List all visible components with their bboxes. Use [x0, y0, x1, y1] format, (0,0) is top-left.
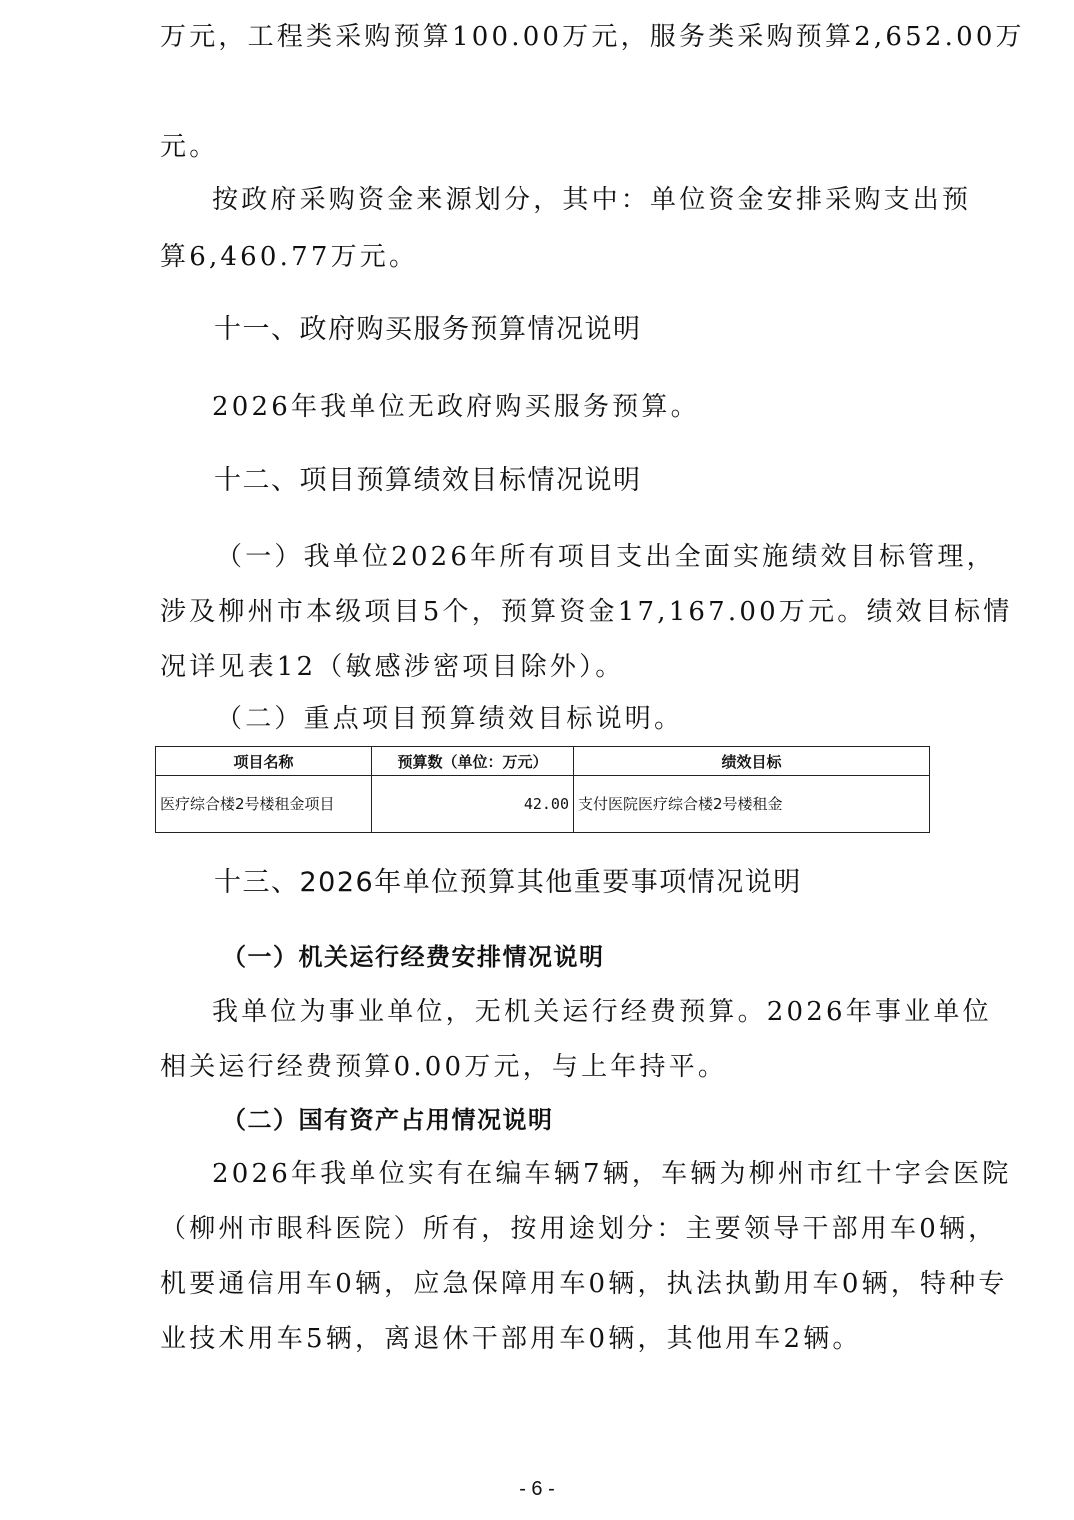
paragraph-line: 按政府采购资金来源划分，其中：单位资金安排采购支出预 — [212, 183, 930, 217]
paragraph-line: 相关运行经费预算0.00万元，与上年持平。 — [160, 1050, 930, 1084]
table-row: 医疗综合楼2号楼租金项目 42.00 支付医院医疗综合楼2号楼租金 — [156, 776, 930, 833]
paragraph-line: 涉及柳州市本级项目5个，预算资金17,167.00万元。绩效目标情 — [160, 595, 930, 629]
performance-goal-table: 项目名称 预算数（单位：万元） 绩效目标 医疗综合楼2号楼租金项目 42.00 … — [155, 746, 930, 833]
paragraph-line: 况详见表12（敏感涉密项目除外）。 — [160, 650, 930, 684]
page-number: - 6 - — [0, 1478, 1074, 1501]
paragraph-line: 机要通信用车0辆，应急保障用车0辆，执法执勤用车0辆，特种专 — [160, 1267, 930, 1301]
paragraph-line: 万元，工程类采购预算100.00万元，服务类采购预算2,652.00万 — [160, 20, 930, 54]
column-header: 预算数（单位：万元） — [372, 747, 574, 776]
performance-goal-cell: 支付医院医疗综合楼2号楼租金 — [574, 776, 930, 833]
section-heading-12: 十二、项目预算绩效目标情况说明 — [214, 464, 642, 498]
budget-amount-cell: 42.00 — [372, 776, 574, 833]
paragraph-line: 2026年我单位实有在编车辆7辆，车辆为柳州市红十字会医院 — [212, 1157, 930, 1191]
paragraph-line: （柳州市眼科医院）所有，按用途划分：主要领导干部用车0辆， — [160, 1212, 930, 1246]
paragraph-line: （二）重点项目预算绩效目标说明。 — [216, 702, 934, 736]
section-heading-11: 十一、政府购买服务预算情况说明 — [214, 313, 642, 347]
column-header: 绩效目标 — [574, 747, 930, 776]
subsection-heading: （一）机关运行经费安排情况说明 — [222, 940, 605, 974]
paragraph-line: 业技术用车5辆，离退休干部用车0辆，其他用车2辆。 — [160, 1322, 930, 1356]
table-header-row: 项目名称 预算数（单位：万元） 绩效目标 — [156, 747, 930, 776]
project-name-cell: 医疗综合楼2号楼租金项目 — [156, 776, 372, 833]
section-heading-13: 十三、2026年单位预算其他重要事项情况说明 — [214, 866, 802, 900]
paragraph-line: （一）我单位2026年所有项目支出全面实施绩效目标管理， — [216, 540, 934, 574]
paragraph-line: 算6,460.77万元。 — [160, 240, 930, 274]
paragraph-line: 元。 — [160, 130, 930, 164]
subsection-heading: （二）国有资产占用情况说明 — [222, 1103, 554, 1137]
column-header: 项目名称 — [156, 747, 372, 776]
paragraph-line: 2026年我单位无政府购买服务预算。 — [212, 390, 930, 424]
paragraph-line: 我单位为事业单位，无机关运行经费预算。2026年事业单位 — [212, 995, 930, 1029]
